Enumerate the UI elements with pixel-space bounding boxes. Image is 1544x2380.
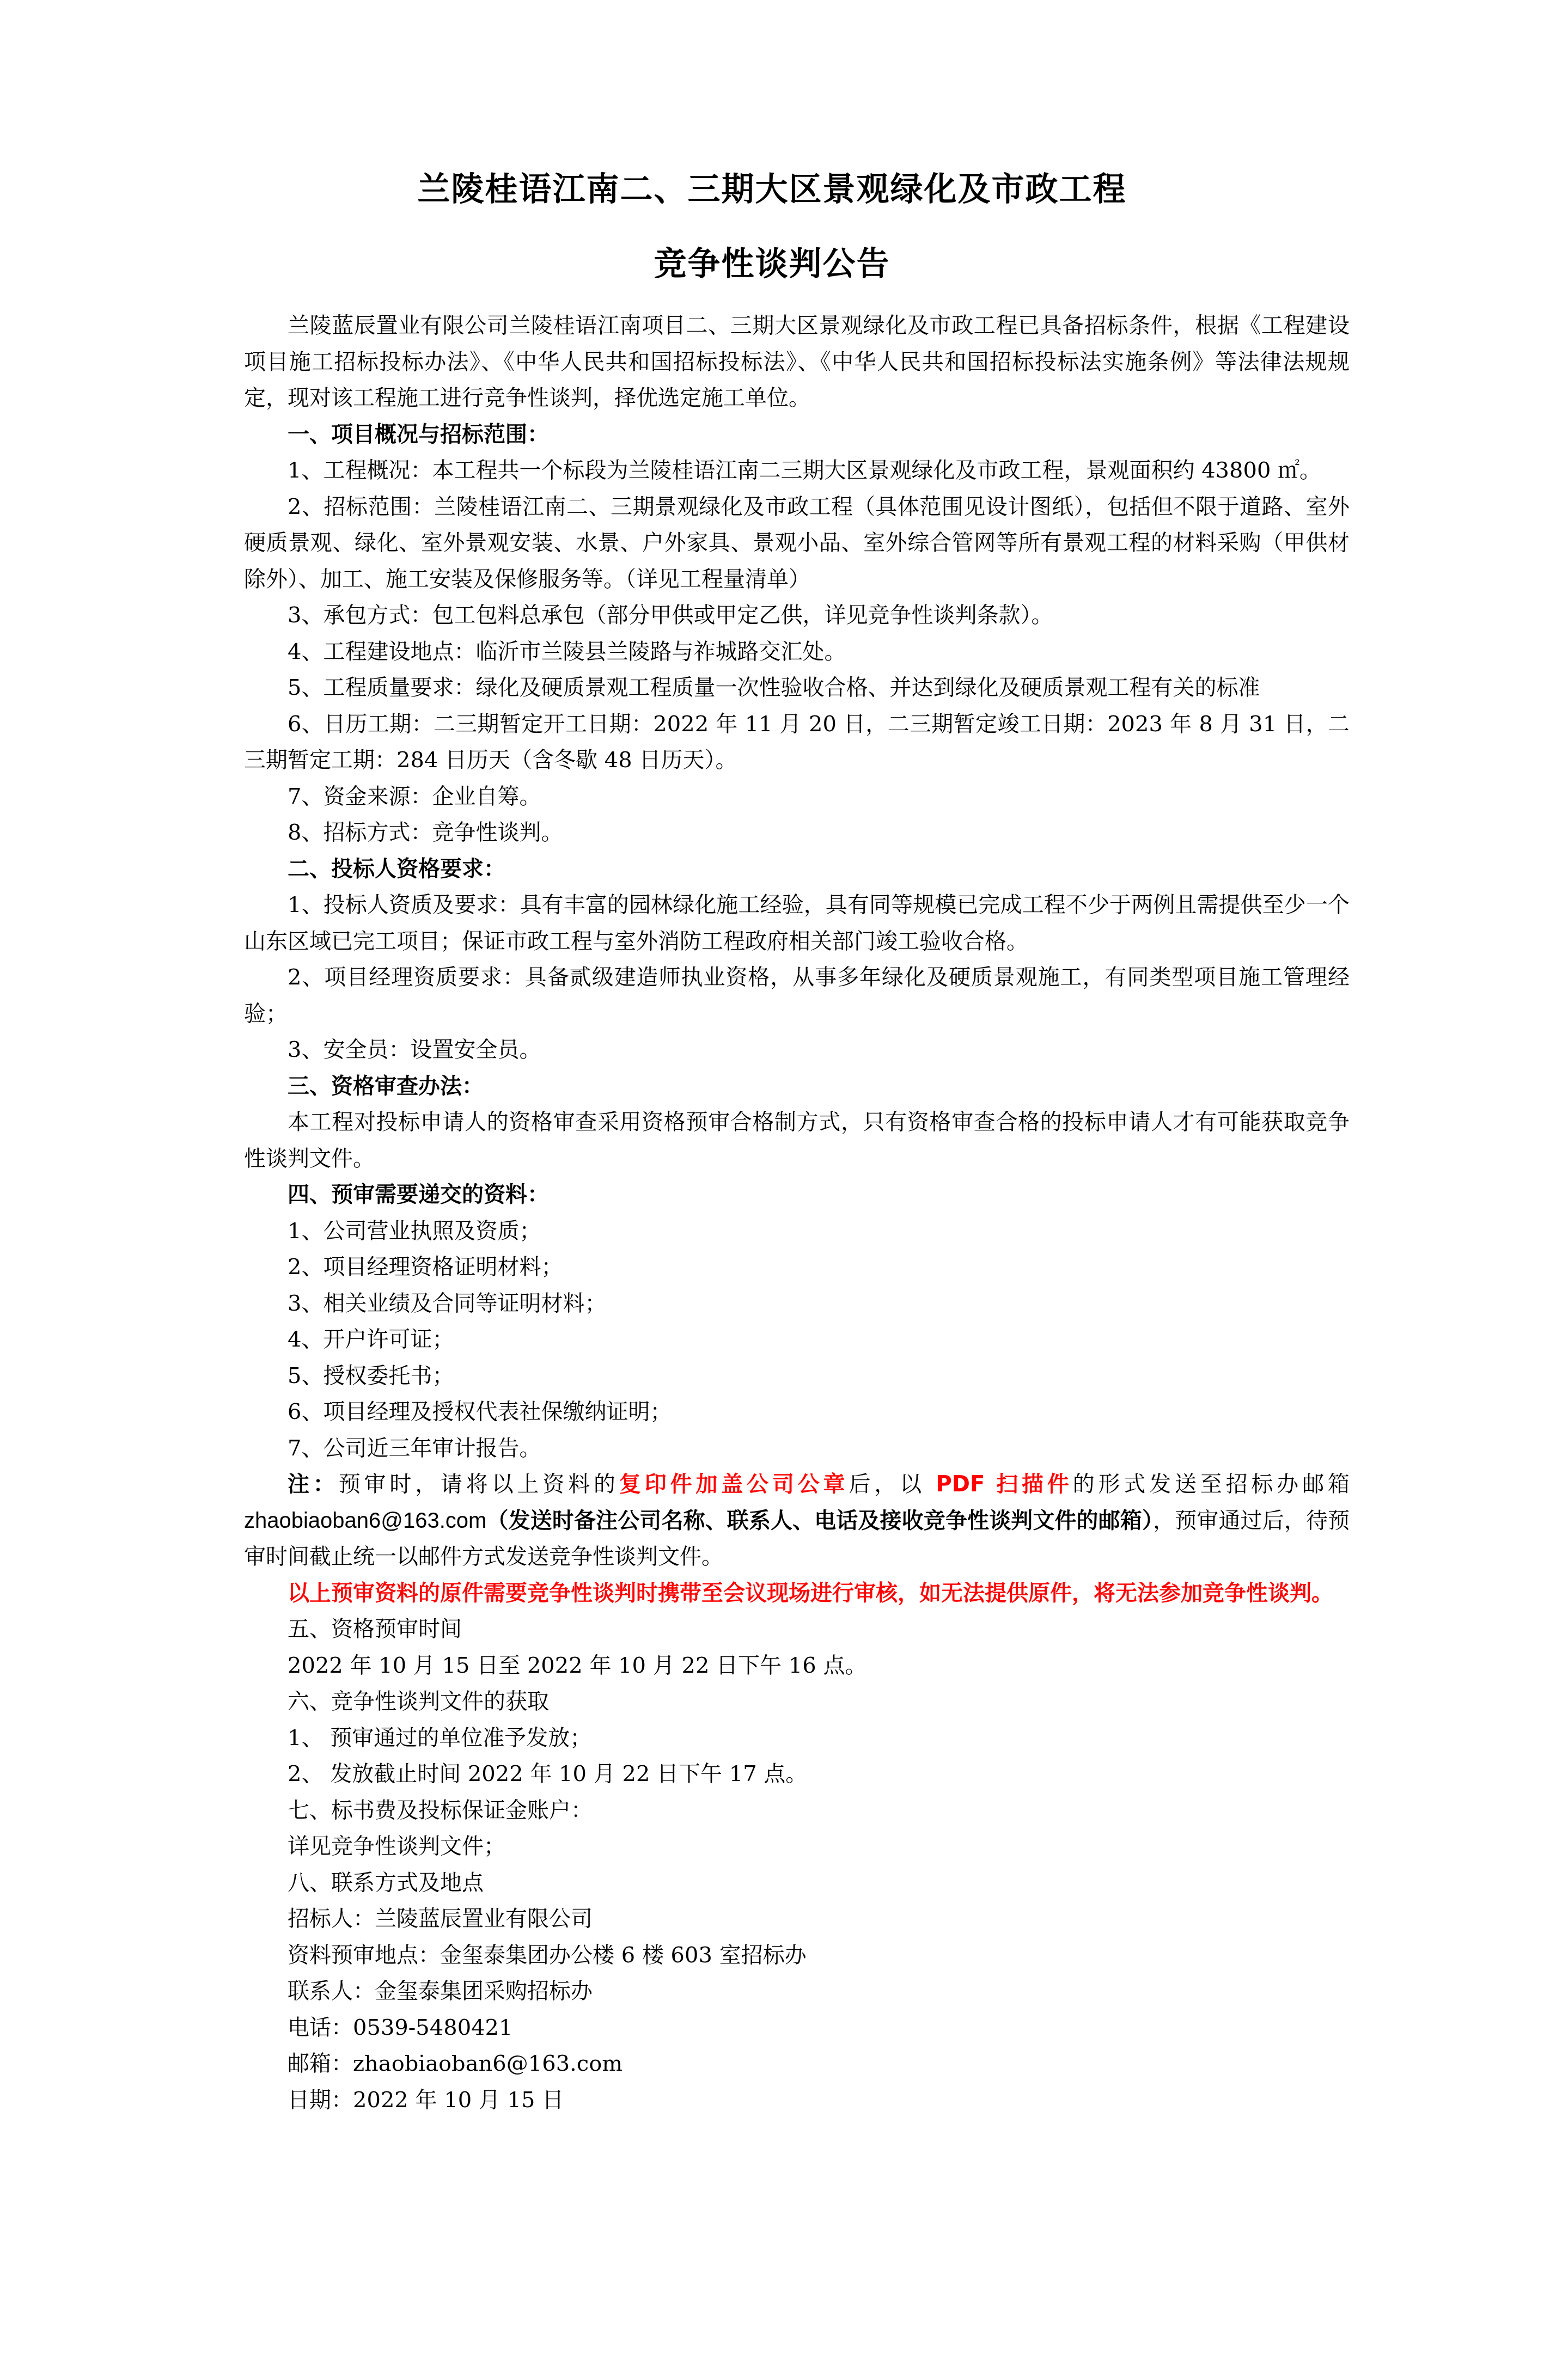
section-1-item: 4、工程建设地点：临沂市兰陵县兰陵路与祚城路交汇处。: [244, 634, 1350, 670]
section-5-heading: 五、资格预审时间: [244, 1611, 1350, 1648]
section-1-heading: 一、项目概况与招标范围：: [244, 417, 1350, 453]
note-text: 预审时，请将以上资料的: [339, 1472, 619, 1497]
section-7-text: 详见竞争性谈判文件；: [244, 1828, 1350, 1865]
section-2-heading: 二、投标人资格要求：: [244, 851, 1350, 888]
section-4-heading: 四、预审需要递交的资料：: [244, 1177, 1350, 1213]
section-2-item: 1、投标人资质及要求：具有丰富的园林绿化施工经验，具有同等规模已完成工程不少于两…: [244, 887, 1350, 959]
section-2-item: 3、安全员：设置安全员。: [244, 1032, 1350, 1068]
note-highlight-stamp: 复印件加盖公司公章: [619, 1472, 849, 1497]
section-4-item: 6、项目经理及授权代表社保缴纳证明；: [244, 1394, 1350, 1430]
section-4-item: 4、开户许可证；: [244, 1321, 1350, 1358]
section-6-heading: 六、竞争性谈判文件的获取: [244, 1684, 1350, 1720]
intro-paragraph: 兰陵蓝辰置业有限公司兰陵桂语江南项目二、三期大区景观绿化及市政工程已具备招标条件…: [244, 308, 1350, 417]
section-7-heading: 七、标书费及投标保证金账户：: [244, 1792, 1350, 1829]
note-label: 注：: [288, 1472, 339, 1497]
document-page: 兰陵桂语江南二、三期大区景观绿化及市政工程 竞争性谈判公告 兰陵蓝辰置业有限公司…: [0, 0, 1544, 2380]
document-body: 兰陵蓝辰置业有限公司兰陵桂语江南项目二、三期大区景观绿化及市政工程已具备招标条件…: [244, 308, 1350, 2118]
contact-tenderer: 招标人：兰陵蓝辰置业有限公司: [244, 1901, 1350, 1937]
note-text: 后，以: [849, 1472, 936, 1497]
email-link[interactable]: zhaobiaoban6@163.com: [244, 1509, 486, 1533]
section-4-item: 2、项目经理资格证明材料；: [244, 1249, 1350, 1286]
section-6-item: 1、 预审通过的单位准予发放；: [244, 1720, 1350, 1757]
section-1-item: 5、工程质量要求：绿化及硬质景观工程质量一次性验收合格、并达到绿化及硬质景观工程…: [244, 670, 1350, 706]
section-1-item: 1、工程概况：本工程共一个标段为兰陵桂语江南二三期大区景观绿化及市政工程，景观面…: [244, 452, 1350, 489]
note-highlight-pdf: PDF 扫描件: [936, 1472, 1073, 1497]
section-1-item: 8、招标方式：竞争性谈判。: [244, 815, 1350, 851]
contact-person: 联系人：金玺泰集团采购招标办: [244, 1973, 1350, 2010]
section-5-text: 2022 年 10 月 15 日至 2022 年 10 月 22 日下午 16 …: [244, 1648, 1350, 1684]
section-1-item: 6、日历工期：二三期暂定开工日期：2022 年 11 月 20 日，二三期暂定竣…: [244, 706, 1350, 779]
contact-location: 资料预审地点：金玺泰集团办公楼 6 楼 603 室招标办: [244, 1937, 1350, 1974]
section-4-item: 5、授权委托书；: [244, 1358, 1350, 1394]
section-8-heading: 八、联系方式及地点: [244, 1865, 1350, 1901]
document-subtitle: 竞争性谈判公告: [0, 238, 1544, 285]
contact-email[interactable]: 邮箱：zhaobiaoban6@163.com: [244, 2046, 1350, 2082]
section-1-item: 2、招标范围：兰陵桂语江南二、三期景观绿化及市政工程（具体范围见设计图纸），包括…: [244, 489, 1350, 598]
section-3-text: 本工程对投标申请人的资格审查采用资格预审合格制方式，只有资格审查合格的投标申请人…: [244, 1104, 1350, 1177]
note-bold-remark: （发送时备注公司名称、联系人、电话及接收竞争性谈判文件的邮箱）: [486, 1508, 1153, 1533]
section-4-item: 3、相关业绩及合同等证明材料；: [244, 1286, 1350, 1322]
section-2-item: 2、项目经理资质要求：具备贰级建造师执业资格，从事多年绿化及硬质景观施工，有同类…: [244, 959, 1350, 1032]
section-3-heading: 三、资格审查办法：: [244, 1068, 1350, 1105]
section-4-item: 1、公司营业执照及资质；: [244, 1213, 1350, 1250]
document-title: 兰陵桂语江南二、三期大区景观绿化及市政工程: [0, 163, 1544, 210]
section-1-item: 3、承包方式：包工包料总承包（部分甲供或甲定乙供，详见竞争性谈判条款）。: [244, 597, 1350, 634]
section-6-item: 2、 发放截止时间 2022 年 10 月 22 日下午 17 点。: [244, 1756, 1350, 1792]
note-text: 的形式发送至招标办邮箱: [1073, 1472, 1350, 1497]
notice-date: 日期：2022 年 10 月 15 日: [244, 2082, 1350, 2119]
contact-phone: 电话：0539-5480421: [244, 2010, 1350, 2046]
original-documents-notice: 以上预审资料的原件需要竞争性谈判时携带至会议现场进行审核，如无法提供原件，将无法…: [244, 1575, 1350, 1612]
section-1-item: 7、资金来源：企业自筹。: [244, 779, 1350, 815]
submission-note: 注：预审时，请将以上资料的复印件加盖公司公章后，以 PDF 扫描件的形式发送至招…: [244, 1466, 1350, 1575]
section-4-item: 7、公司近三年审计报告。: [244, 1430, 1350, 1467]
